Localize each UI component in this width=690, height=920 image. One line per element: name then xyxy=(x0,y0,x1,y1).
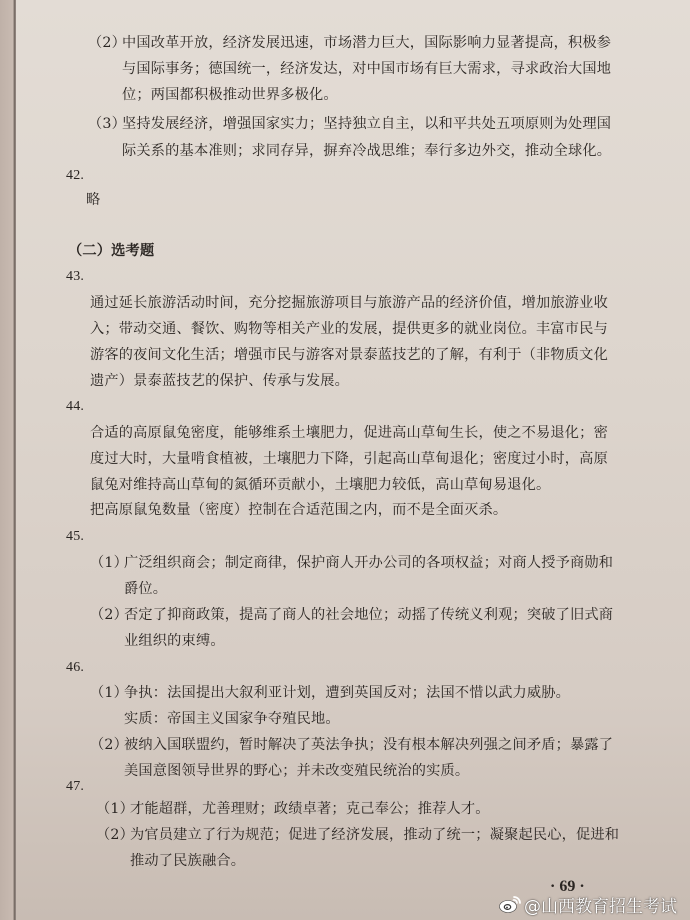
q41-part2-line-3: 位；两国都积极推动世界多极化。 xyxy=(122,86,338,104)
q47-part1-label: （1） xyxy=(96,800,134,818)
q46-part1-line-2: 实质：帝国主义国家争夺殖民地。 xyxy=(124,710,340,728)
q41-part2-line-2: 与国际事务；德国统一，经济发达，对中国市场有巨大需求，寻求政治大国地 xyxy=(122,60,611,78)
q41-part3-line-2: 际关系的基本准则；求同存异，摒弃冷战思维；奉行多边外交，推动全球化。 xyxy=(122,142,611,160)
weibo-icon xyxy=(498,894,522,914)
q45-part2-line-2: 业组织的束缚。 xyxy=(124,632,225,650)
q43-line-1: 通过延长旅游活动时间，充分挖掘旅游项目与旅游产品的经济价值，增加旅游业收 xyxy=(90,294,608,312)
q43-line-3: 游客的夜间文化生活；增强市民与游客对景泰蓝技艺的了解，有利于（非物质文化 xyxy=(90,346,608,364)
q44-line-2: 度过大时，大量啃食植被，土壤肥力下降，引起高山草甸退化；密度过小时，高原 xyxy=(90,450,608,468)
q47-part2-line-2: 推动了民族融合。 xyxy=(130,852,245,870)
q47-part1-line-1: 才能超群，尤善理财；政绩卓著；克己奉公；推荐人才。 xyxy=(130,800,490,818)
q41-part2-label: （2） xyxy=(88,34,126,52)
q44-line-4: 把高原鼠兔数量（密度）控制在合适范围之内，而不是全面灭杀。 xyxy=(90,501,507,519)
q46-part1-label: （1） xyxy=(90,684,128,702)
q47-part2-label: （2） xyxy=(96,826,134,844)
q46-number: 46. xyxy=(66,659,84,677)
section-heading: （二）选考题 xyxy=(68,242,154,260)
q41-part3-label: （3） xyxy=(88,115,126,133)
q45-part2-label: （2） xyxy=(90,606,128,624)
q42-answer: 略 xyxy=(86,191,100,209)
q41-part3-line-1: 坚持发展经济，增强国家实力；坚持独立自主，以和平共处五项原则为处理国 xyxy=(122,115,611,133)
weibo-watermark: @山西教育招生考试 xyxy=(498,892,677,916)
q47-number: 47. xyxy=(66,778,84,796)
q46-part2-label: （2） xyxy=(90,736,128,754)
watermark-text: @山西教育招生考试 xyxy=(524,892,677,917)
q46-part2-line-2: 美国意图领导世界的野心；并未改变殖民统治的实质。 xyxy=(124,762,469,780)
book-spine-edge xyxy=(0,0,16,920)
q45-part1-line-1: 广泛组织商会；制定商律，保护商人开办公司的各项权益；对商人授予商勋和 xyxy=(124,554,613,572)
q45-part1-label: （1） xyxy=(90,554,128,572)
q43-number: 43. xyxy=(66,268,84,286)
q43-line-4: 遗产）景泰蓝技艺的保护、传承与发展。 xyxy=(90,372,349,390)
q41-part2-line-1: 中国改革开放，经济发展迅速，市场潜力巨大，国际影响力显著提高，积极参 xyxy=(122,34,611,52)
q46-part2-line-1: 被纳入国联盟约，暂时解决了英法争执；没有根本解决列强之间矛盾；暴露了 xyxy=(124,736,613,754)
q47-part2-line-1: 为官员建立了行为规范；促进了经济发展，推动了统一；凝聚起民心，促进和 xyxy=(130,826,619,844)
q44-line-3: 鼠兔对维持高山草甸的氮循环贡献小，土壤肥力较低，高山草甸易退化。 xyxy=(90,476,550,494)
q43-line-2: 入；带动交通、餐饮、购物等相关产业的发展，提供更多的就业岗位。丰富市民与 xyxy=(90,320,608,338)
q45-part2-line-1: 否定了抑商政策，提高了商人的社会地位；动摇了传统义利观；突破了旧式商 xyxy=(124,606,613,624)
q44-number: 44. xyxy=(66,398,84,416)
q44-line-1: 合适的高原鼠兔密度，能够维系土壤肥力，促进高山草甸生长，使之不易退化；密 xyxy=(90,424,608,442)
q45-part1-line-2: 爵位。 xyxy=(124,580,167,598)
q42-number: 42. xyxy=(66,167,84,185)
q46-part1-line-1: 争执：法国提出大叙利亚计划，遭到英国反对；法国不惜以武力威胁。 xyxy=(124,684,570,702)
q45-number: 45. xyxy=(66,528,84,546)
